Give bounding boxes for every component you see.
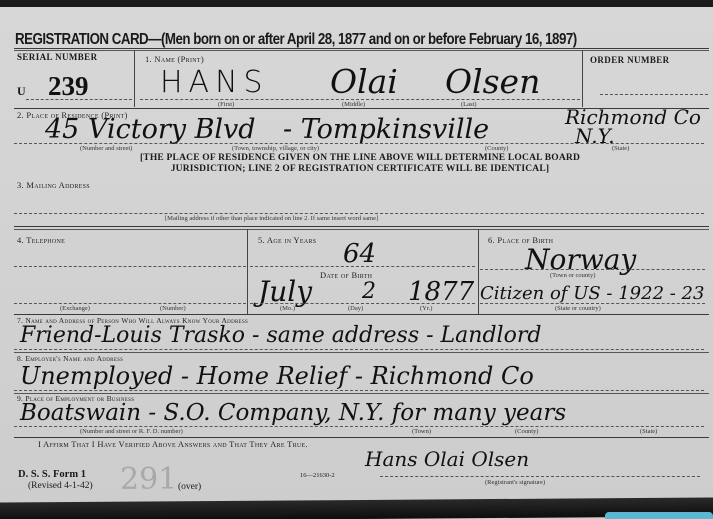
residence-street: 45 Victory Blvd <box>45 114 256 145</box>
order-number-label: ORDER NUMBER <box>590 55 670 65</box>
dob-underline <box>250 303 475 304</box>
divider <box>14 226 709 227</box>
print-code: 16—21630-2 <box>300 472 335 479</box>
residence-state: N.Y. <box>575 124 615 148</box>
divider <box>14 48 709 49</box>
registration-card: REGISTRATION CARD—(Men born on or after … <box>0 7 713 502</box>
middle-name: Olai <box>330 62 398 101</box>
over-note: (over) <box>178 482 201 492</box>
contact-value: Friend-Louis Trasko - same address - Lan… <box>20 323 541 348</box>
penciled-number: 291 <box>120 462 177 497</box>
first-name: HANS <box>160 65 269 100</box>
jurisdiction-notice: [THE PLACE OF RESIDENCE GIVEN ON THE LIN… <box>60 153 660 175</box>
year-caption: (Yr.) <box>420 305 432 312</box>
divider <box>582 51 583 107</box>
registrant-signature: Hans Olai Olsen <box>365 447 529 471</box>
age-label: 5. Age in Years <box>258 235 316 245</box>
notice-line-2: JURISDICTION; LINE 2 OF REGISTRATION CER… <box>60 164 660 175</box>
form-revision: (Revised 4-1-42) <box>28 481 93 491</box>
order-number-underline <box>600 94 708 95</box>
serial-underline <box>26 99 132 100</box>
divider <box>14 229 709 230</box>
employment-underline <box>14 426 704 427</box>
divider <box>14 352 709 353</box>
age-value: 64 <box>343 239 376 269</box>
age-underline <box>250 266 475 267</box>
number-caption: (Number) <box>160 305 186 312</box>
notice-line-1: [THE PLACE OF RESIDENCE GIVEN ON THE LIN… <box>60 153 660 164</box>
mailing-caption: [Mailing address if other than place ind… <box>165 215 378 222</box>
state-underline <box>480 303 705 304</box>
serial-prefix: U <box>17 84 26 99</box>
telephone-label: 4. Telephone <box>17 235 65 245</box>
signature-line <box>380 476 700 477</box>
county-caption-9: (County) <box>515 428 538 435</box>
birthplace-underline <box>480 269 705 270</box>
divider <box>14 50 709 51</box>
last-name: Olsen <box>445 62 540 101</box>
signature-caption: (Registrant's signature) <box>485 479 545 486</box>
employment-place-value: Boatswain - S.O. Company, N.Y. for many … <box>20 400 566 426</box>
contact-underline <box>14 349 704 350</box>
affirmation-text: I Affirm That I Have Verified Above Answ… <box>38 439 308 449</box>
month-caption: (Mo.) <box>280 305 295 312</box>
divider <box>14 314 709 315</box>
scan-edge-artifact <box>605 512 713 519</box>
mailing-underline <box>14 213 704 214</box>
state-or-country-caption: (State or country) <box>555 305 601 312</box>
birth-day: 2 <box>362 279 376 304</box>
exchange-caption: (Exchange) <box>60 305 90 312</box>
day-caption: (Day) <box>348 305 363 312</box>
name-underline <box>140 99 580 100</box>
divider <box>478 229 479 315</box>
employer-value: Unemployed - Home Relief - Richmond Co <box>20 362 534 390</box>
state-caption-9: (State) <box>640 428 657 435</box>
town-or-county-caption: (Town or county) <box>550 272 595 279</box>
serial-number-value: 239 <box>48 71 89 102</box>
serial-number-label: SERIAL NUMBER <box>17 52 97 62</box>
last-caption: (Last) <box>461 101 477 108</box>
divider <box>247 229 248 315</box>
county-caption: (County) <box>485 145 508 152</box>
employer-underline <box>14 390 704 391</box>
middle-caption: (Middle) <box>342 101 365 108</box>
divider <box>14 437 709 438</box>
mailing-address-label: 3. Mailing Address <box>17 180 90 190</box>
street-caption: (Number and street) <box>80 145 132 152</box>
town-caption-9: (Town) <box>412 428 431 435</box>
street-rfd-caption: (Number and street or R. F. D. number) <box>80 428 183 435</box>
divider <box>134 51 135 107</box>
telephone-line-1 <box>14 266 246 267</box>
citizenship-note: Citizen of US - 1922 - 23 <box>480 283 704 304</box>
card-title: REGISTRATION CARD—(Men born on or after … <box>15 31 577 49</box>
first-caption: (First) <box>218 101 234 108</box>
residence-town: - Tompkinsville <box>283 114 489 145</box>
town-caption: (Town, township, village, or city) <box>232 145 319 152</box>
telephone-line-2 <box>14 303 246 304</box>
form-number: D. S. S. Form 1 <box>18 469 86 480</box>
state-caption: (State) <box>612 145 629 152</box>
residence-underline <box>14 143 704 144</box>
name-label: 1. Name (Print) <box>145 54 204 64</box>
